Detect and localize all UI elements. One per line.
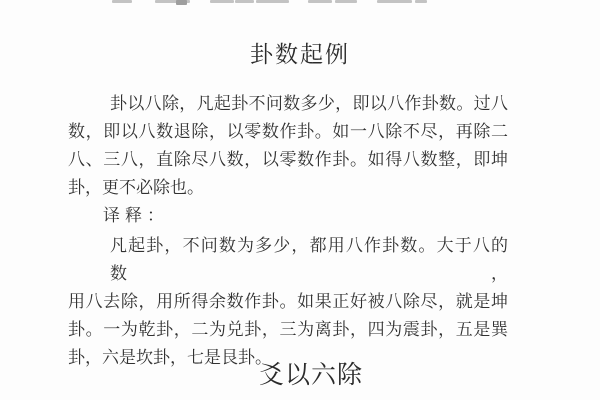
cutoff-mark [308, 0, 332, 3]
book-page: 卦数起例 卦以八除，凡起卦不问数多少，即以八作卦数。过八 数，即以八数退除，以零… [0, 0, 600, 400]
translation-label: 译释： [103, 201, 169, 226]
page-title: 卦数起例 [0, 36, 600, 69]
cutoff-mark [415, 0, 427, 3]
cutoff-mark [176, 0, 187, 5]
cutoff-mark [112, 0, 132, 3]
text-line: 八、三八，直除尽八数，以零数作卦。如得八数整，即坤 [68, 146, 508, 174]
cutoff-mark [256, 0, 289, 3]
text-line: 凡起卦，不问数为多少，都用八作卦数。大于八的数， [68, 232, 508, 288]
original-text-paragraph: 卦以八除，凡起卦不问数多少，即以八作卦数。过八 数，即以八数退除，以零数作卦。如… [68, 90, 508, 202]
cutoff-heading-remnant [0, 0, 600, 6]
cutoff-mark [377, 0, 412, 3]
text-line: 卦以八除，凡起卦不问数多少，即以八作卦数。过八 [68, 90, 508, 118]
cutoff-mark [235, 0, 254, 3]
cutoff-mark [335, 0, 357, 3]
text-line: 用八去除，用所得余数作卦。如果正好被八除尽，就是坤 [68, 288, 508, 316]
text-line: 卦，更不必除也。 [68, 174, 508, 202]
text-line: 卦。一为乾卦，二为兑卦，三为离卦，四为震卦，五是巽 [68, 316, 508, 344]
cutoff-mark [210, 0, 234, 3]
translation-paragraph: 凡起卦，不问数为多少，都用八作卦数。大于八的数， 用八去除，用所得余数作卦。如果… [68, 232, 508, 372]
text-line: 数，即以八数退除，以零数作卦。如一八除不尽，再除二 [68, 118, 508, 146]
next-section-title: 爻以六除 [0, 355, 600, 391]
